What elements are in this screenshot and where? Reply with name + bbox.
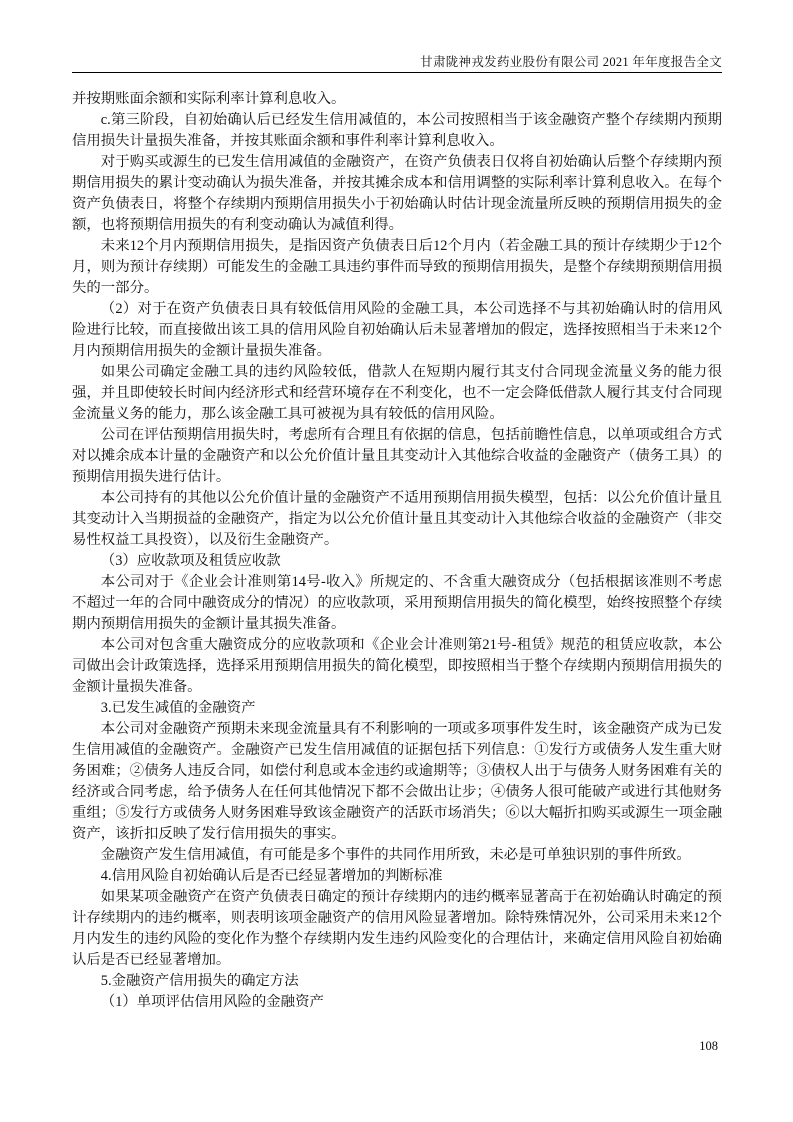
paragraph: 如果某项金融资产在资产负债表日确定的预计存续期内的违约概率显著高于在初始确认时确… [72, 887, 722, 971]
paragraph: （2）对于在资产负债表日具有较低信用风险的金融工具，本公司选择不与其初始确认时的… [72, 299, 722, 362]
paragraph: 未来12个月内预期信用损失，是指因资产负债表日后12个月内（若金融工具的预计存续… [72, 236, 722, 299]
paragraph: 对于购买或源生的已发生信用减值的金融资产，在资产负债表日仅将自初始确认后整个存续… [72, 152, 722, 236]
paragraph: 本公司对于《企业会计准则第14号-收入》所规定的、不含重大融资成分（包括根据该准… [72, 572, 722, 635]
report-header-title: 甘肃陇神戎发药业股份有限公司 2021 年年度报告全文 [72, 54, 722, 70]
paragraph: 如果公司确定金融工具的违约风险较低，借款人在短期内履行其支付合同现金流量义务的能… [72, 362, 722, 425]
paragraph: 并按期账面余额和实际利率计算利息收入。 [72, 89, 722, 110]
section-heading: 5.金融资产信用损失的确定方法 [72, 971, 722, 992]
header-divider-rule [72, 72, 722, 73]
paragraph: 本公司持有的其他以公允价值计量的金融资产不适用预期信用损失模型，包括：以公允价值… [72, 488, 722, 551]
section-heading: （3）应收款项及租赁应收款 [72, 551, 722, 572]
page-number: 108 [699, 1038, 718, 1054]
paragraph: 本公司对包含重大融资成分的应收款项和《企业会计准则第21号-租赁》规范的租赁应收… [72, 635, 722, 698]
section-heading: （1）单项评估信用风险的金融资产 [72, 992, 722, 1013]
document-body: 并按期账面余额和实际利率计算利息收入。 c.第三阶段，自初始确认后已经发生信用减… [72, 89, 722, 1013]
section-heading: 4.信用风险自初始确认后是否已经显著增加的判断标准 [72, 866, 722, 887]
paragraph: 本公司对金融资产预期未来现金流量具有不利影响的一项或多项事件发生时，该金融资产成… [72, 719, 722, 845]
paragraph: c.第三阶段，自初始确认后已经发生信用减值的，本公司按照相当于该金融资产整个存续… [72, 110, 722, 152]
paragraph: 公司在评估预期信用损失时，考虑所有合理且有依据的信息，包括前瞻性信息，以单项或组… [72, 425, 722, 488]
document-page: 甘肃陇神戎发药业股份有限公司 2021 年年度报告全文 并按期账面余额和实际利率… [0, 0, 793, 1122]
paragraph: 金融资产发生信用减值，有可能是多个事件的共同作用所致，未必是可单独识别的事件所致… [72, 845, 722, 866]
section-heading: 3.已发生减值的金融资产 [72, 698, 722, 719]
